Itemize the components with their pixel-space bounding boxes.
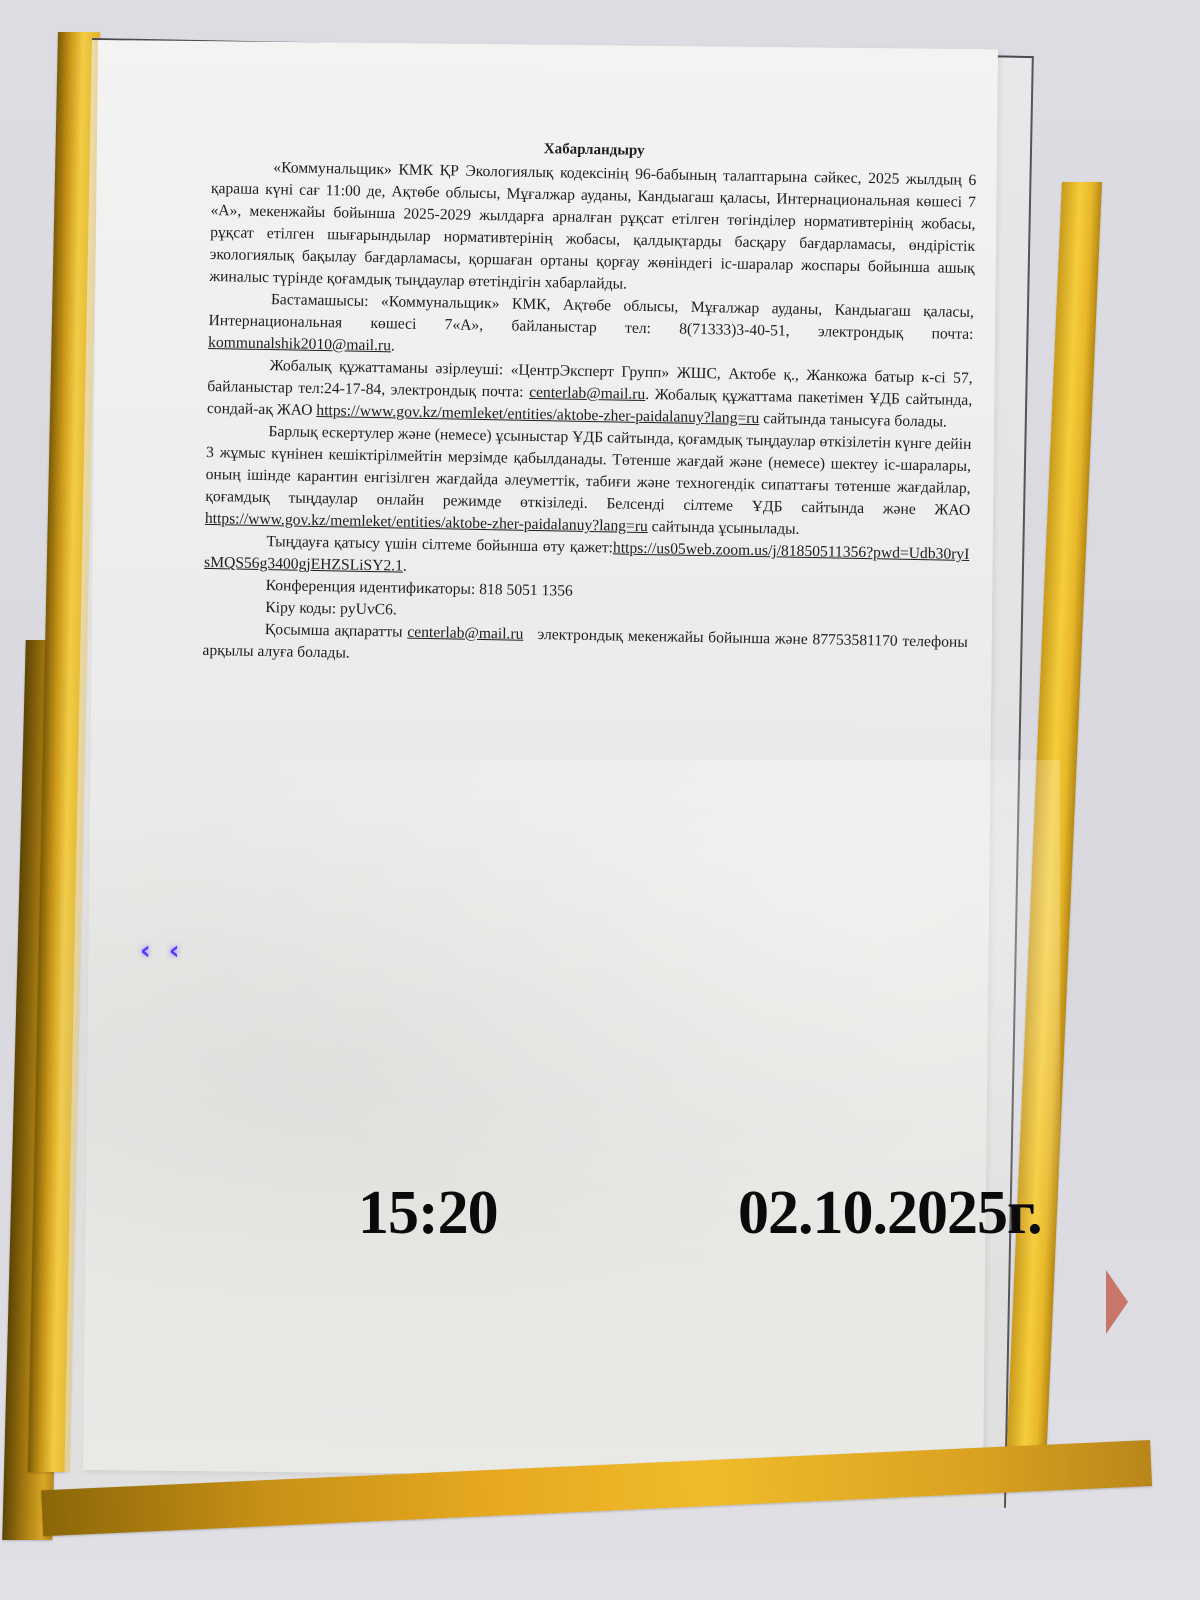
light-reflection-icon: ‹‹ (140, 936, 197, 966)
announcement-document: Хабарландыру «Коммунальщик» КМК ҚР Эколо… (202, 132, 977, 676)
timestamp-time: 15:20 (358, 1178, 498, 1249)
initiator-email-link[interactable]: kommunalshik2010@mail.ru (208, 334, 391, 354)
paragraph-intro: «Коммунальщик» КМК ҚР Экологиялық кодекс… (209, 156, 976, 302)
developer-email-link[interactable]: centerlab@mail.ru (529, 384, 645, 403)
red-tab-marker (1106, 1270, 1128, 1334)
contact-email-link[interactable]: centerlab@mail.ru (407, 624, 523, 643)
timestamp-date: 02.10.2025г. (738, 1178, 1042, 1249)
paragraph-comments: Барлық ескертулер және (немесе) ұсыныста… (205, 420, 972, 544)
